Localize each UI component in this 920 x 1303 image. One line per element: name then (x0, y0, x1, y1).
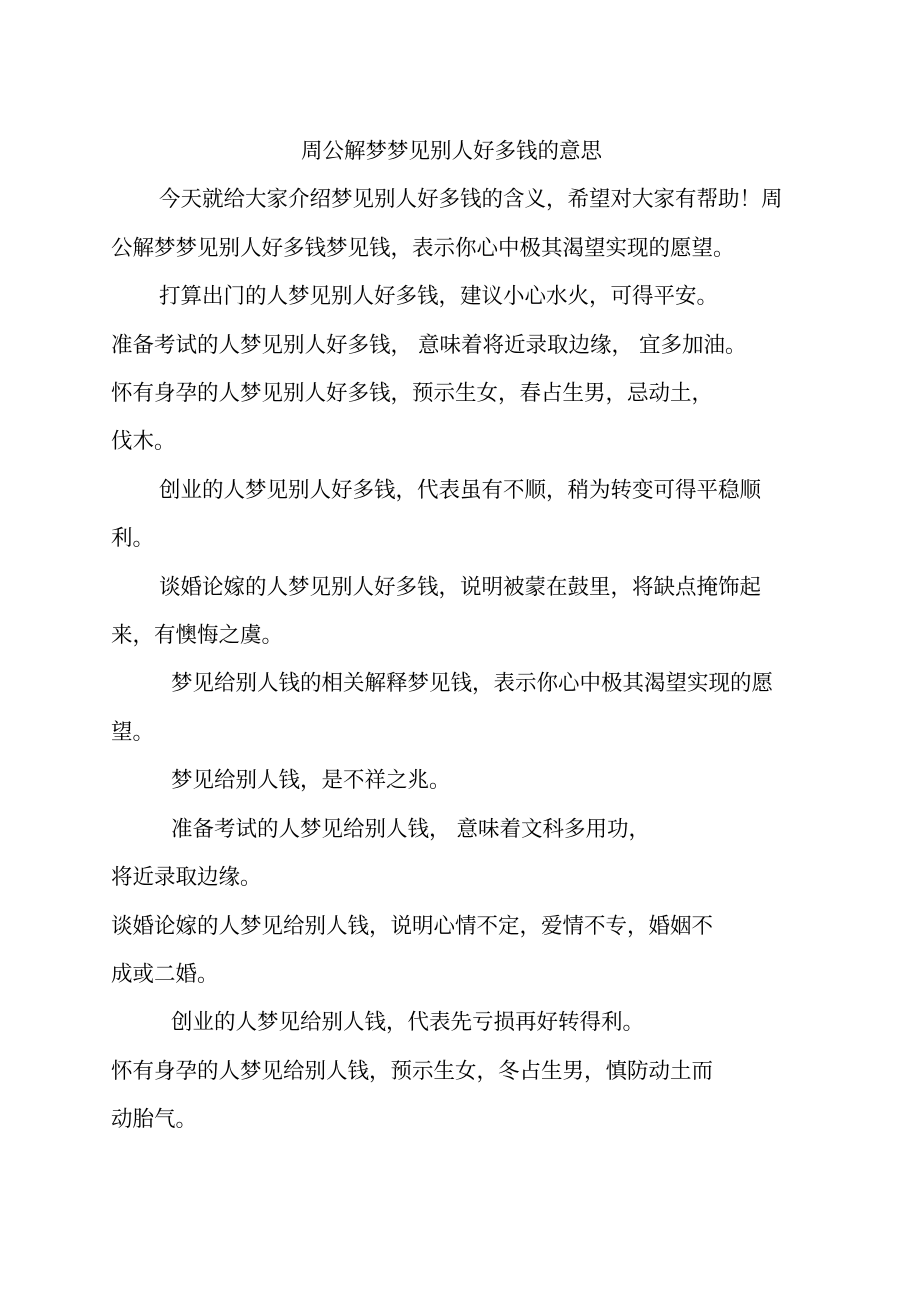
document-line: 来，有懊悔之虞。 (111, 611, 792, 659)
document-line: 打算出门的人梦见别人好多钱，建议小心水火，可得平安。 (111, 272, 792, 320)
document-line: 怀有身孕的人梦见别人好多钱，预示生女，春占生男，忌动土， (111, 369, 792, 417)
document-line: 公解梦梦见别人好多钱梦见钱，表示你心中极其渴望实现的愿望。 (111, 224, 792, 272)
document-line: 准备考试的人梦见别人好多钱， 意味着将近录取边缘， 宜多加油。 (111, 321, 792, 369)
document-line: 今天就给大家介绍梦见别人好多钱的含义，希望对大家有帮助！周 (111, 175, 792, 223)
document-line: 伐木。 (111, 417, 792, 465)
document-line: 谈婚论嫁的人梦见给别人钱，说明心情不定，爱情不专，婚姻不 (111, 902, 792, 950)
document-line: 怀有身孕的人梦见给别人钱，预示生女，冬占生男，慎防动土而 (111, 1047, 792, 1095)
document-line: 创业的人梦见给别人钱，代表先亏损再好转得利。 (111, 998, 792, 1046)
document-line: 将近录取边缘。 (111, 853, 792, 901)
document-line: 创业的人梦见别人好多钱，代表虽有不顺，稍为转变可得平稳顺 (111, 466, 792, 514)
document-line: 望。 (111, 708, 792, 756)
document-line: 动胎气。 (111, 1095, 792, 1143)
document-line: 准备考试的人梦见给别人钱， 意味着文科多用功， (111, 805, 792, 853)
document-line: 梦见给别人钱的相关解释梦见钱，表示你心中极其渴望实现的愿 (111, 659, 792, 707)
document-title: 周公解梦梦见别人好多钱的意思 (111, 127, 792, 175)
document-body: 今天就给大家介绍梦见别人好多钱的含义，希望对大家有帮助！周公解梦梦见别人好多钱梦… (111, 175, 792, 1143)
document-line: 梦见给别人钱，是不祥之兆。 (111, 756, 792, 804)
document-line: 利。 (111, 514, 792, 562)
document-line: 成或二婚。 (111, 950, 792, 998)
document-line: 谈婚论嫁的人梦见别人好多钱，说明被蒙在鼓里，将缺点掩饰起 (111, 563, 792, 611)
document-page: 周公解梦梦见别人好多钱的意思 今天就给大家介绍梦见别人好多钱的含义，希望对大家有… (0, 0, 920, 1303)
